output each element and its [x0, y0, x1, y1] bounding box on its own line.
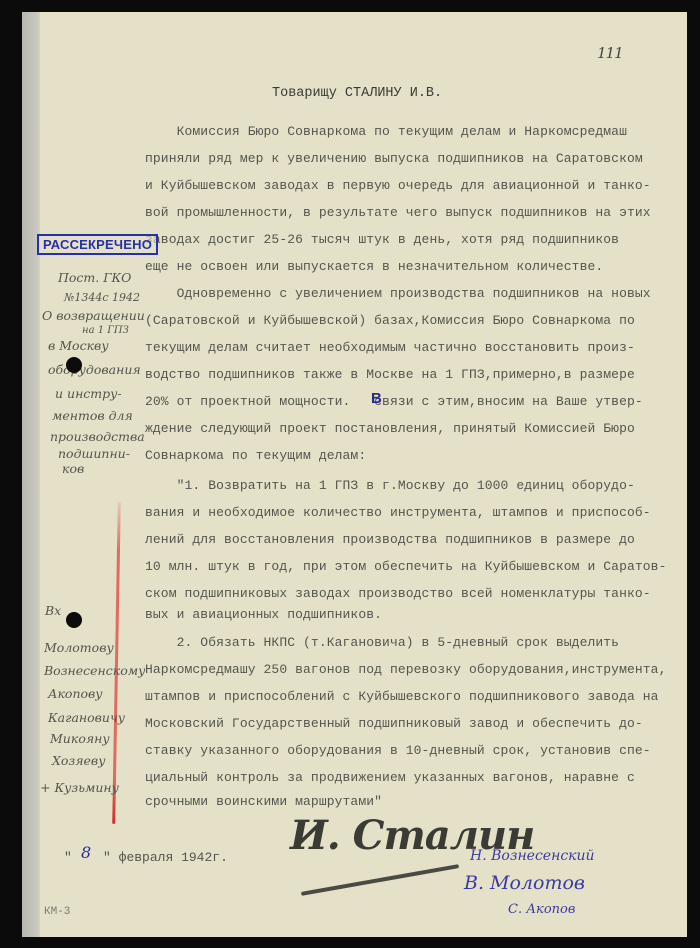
- typed-line: 20% от проектной мощности. связи с этим,…: [145, 394, 643, 409]
- typed-line: ставку указанного оборудования в 10-днев…: [145, 743, 651, 758]
- typed-line: Одновременно с увеличением производства …: [145, 286, 651, 301]
- binding-strip: [22, 12, 38, 937]
- typed-line: (Саратовской и Куйбышевской) базах,Комис…: [145, 313, 635, 328]
- margin-note-line: ков: [62, 463, 84, 476]
- margin-note-line: Молотову: [44, 642, 114, 655]
- signature-akopov: С. Акопов: [508, 902, 575, 917]
- typed-line: заводах достиг 25-26 тысяч штук в день, …: [145, 232, 619, 247]
- binding-edge: [38, 12, 40, 937]
- margin-note-line: Микояну: [50, 733, 110, 746]
- margin-note-line: Вознесенскому: [44, 665, 145, 678]
- margin-note-line: оборудования: [48, 364, 141, 377]
- signature-molotov: В. Молотов: [464, 872, 585, 894]
- typed-line: Наркомсредмашу 250 вагонов под перевозку…: [145, 662, 666, 677]
- typed-line: 2. Обязать НКПС (т.Кагановича) в 5-дневн…: [145, 635, 619, 650]
- typed-line: "1. Возвратить на 1 ГПЗ в г.Москву до 10…: [145, 478, 635, 493]
- date-day: 8: [81, 843, 91, 862]
- typed-line: штампов и приспособлений с Куйбышевского…: [145, 689, 659, 704]
- typed-line: 10 млн. штук в год, при этом обеспечить …: [145, 559, 666, 574]
- typed-line: вания и необходимое количество инструмен…: [145, 505, 651, 520]
- margin-note-line: подшипни-: [58, 448, 130, 461]
- document-code: КМ-3: [44, 906, 70, 918]
- typed-line: текущим делам считает необходимым частич…: [145, 340, 635, 355]
- typed-line: Комиссия Бюро Совнаркома по текущим дела…: [145, 124, 627, 139]
- punch-hole: [66, 357, 82, 373]
- margin-note-line: Вх: [45, 605, 61, 618]
- margin-note-line: на 1 ГПЗ: [82, 326, 129, 336]
- margin-note-line: + Кузьмину: [40, 782, 119, 795]
- margin-note-line: в Москву: [48, 340, 109, 353]
- punch-hole: [66, 612, 82, 628]
- declassified-stamp: РАССЕКРЕЧЕНО: [37, 234, 158, 255]
- margin-note-line: производства: [50, 431, 145, 444]
- typed-line: еще не освоен или выпускается в незначит…: [145, 259, 603, 274]
- margin-note-line: Хозяеву: [52, 755, 105, 768]
- folio-number: 111: [597, 44, 623, 62]
- date-quote: ": [103, 850, 111, 865]
- typed-line: Московский Государственный подшипниковый…: [145, 716, 643, 731]
- margin-note-line: Пост. ГКО: [58, 272, 131, 285]
- signature-voznesensky: Н. Вознесенский: [470, 848, 595, 864]
- typed-line: ском подшипниковых заводах производство …: [145, 586, 651, 601]
- date-month-year: февраля 1942г.: [119, 850, 228, 865]
- margin-note-line: и инстру-: [55, 388, 122, 401]
- typed-line: ждение следующий проект постановления, п…: [145, 421, 635, 436]
- margin-note-line: О возвращении: [42, 310, 145, 323]
- typed-line: Совнаркома по текущим делам:: [145, 448, 366, 463]
- margin-note-line: №1344с 1942: [64, 292, 140, 303]
- typed-line: водство подшипников также в Москве на 1 …: [145, 367, 635, 382]
- handwritten-letter-insert: В: [371, 390, 382, 407]
- typed-line: срочными воинскими маршрутами": [145, 794, 382, 809]
- typed-line: вой промышленности, в результате чего вы…: [145, 205, 651, 220]
- margin-note-line: ментов для: [52, 410, 133, 423]
- date-quote: ": [64, 850, 72, 865]
- margin-note-line: Акопову: [48, 688, 103, 701]
- addressee-line: Товарищу СТАЛИНУ И.В.: [272, 86, 442, 101]
- typed-line: и Куйбышевском заводах в первую очередь …: [145, 178, 651, 193]
- margin-note-line: Кагановичу: [48, 712, 125, 725]
- typed-line: лений для восстановления производства по…: [145, 532, 635, 547]
- typed-line: циальный контроль за продвижением указан…: [145, 770, 635, 785]
- typed-line: вых и авиационных подшипников.: [145, 607, 382, 622]
- typed-line: приняли ряд мер к увеличению выпуска под…: [145, 151, 643, 166]
